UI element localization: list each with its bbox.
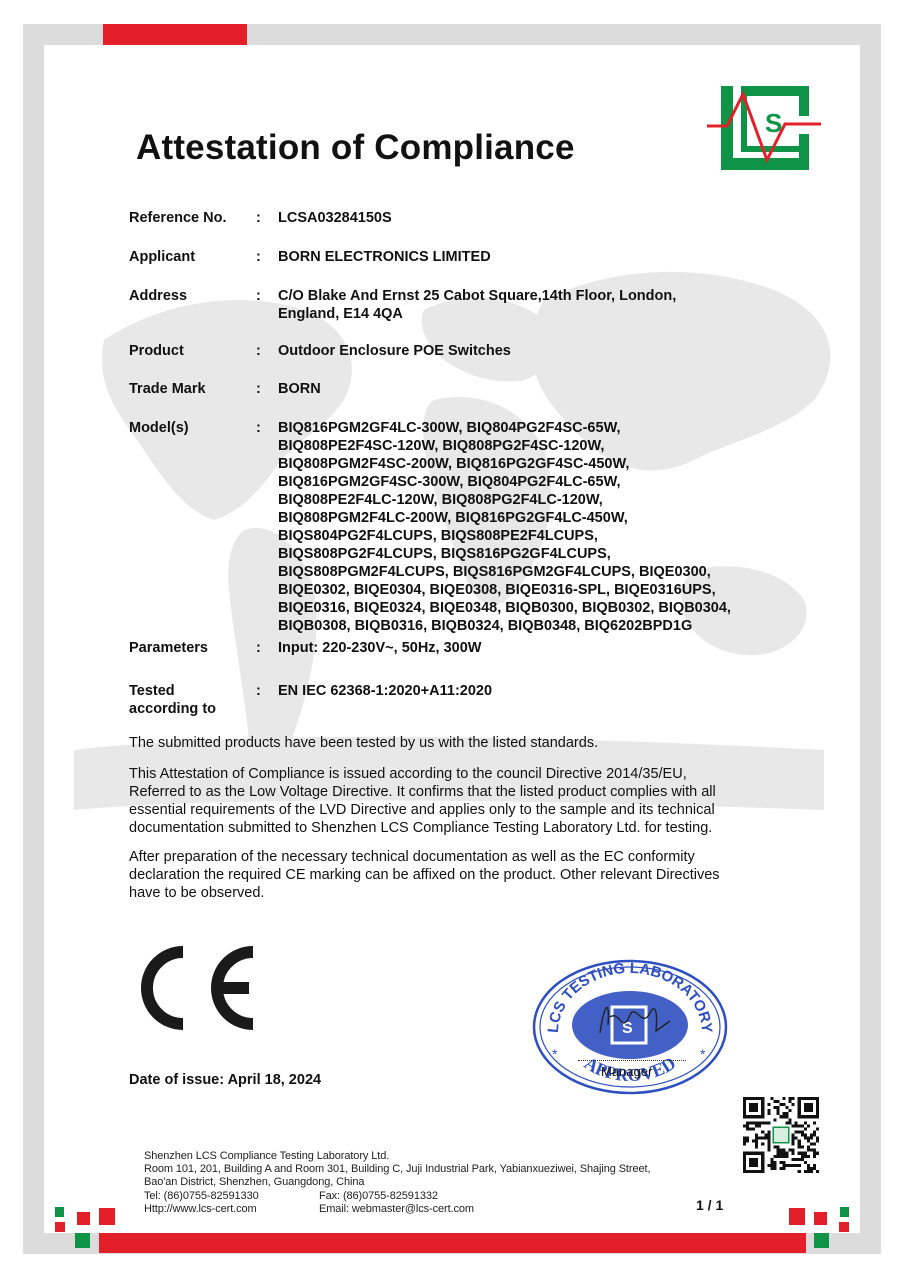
models-list: BIQ816PGM2GF4LC-300W, BIQ804PG2F4SC-65W,… (278, 419, 758, 635)
model-line: BIQB0308, BIQB0316, BIQB0324, BIQB0348, … (278, 617, 758, 635)
field-label: Product (129, 342, 249, 360)
field-separator: : (256, 287, 261, 305)
field-label: Address (129, 287, 249, 305)
paragraph-line: declaration the required CE marking can … (129, 866, 759, 884)
field-label: Reference No. (129, 209, 249, 227)
paragraph-line: documentation submitted to Shenzhen LCS … (129, 819, 759, 837)
date-of-issue: Date of issue: April 18, 2024 (129, 1072, 321, 1088)
decor-square (814, 1212, 827, 1225)
lcs-logo: S (705, 82, 825, 174)
bottom-accent-bar (99, 1233, 806, 1253)
qr-code[interactable] (743, 1097, 819, 1173)
signature-line (578, 1060, 686, 1061)
address-line: C/O Blake And Ernst 25 Cabot Square,14th… (278, 287, 758, 305)
reference-number: LCSA03284150S (278, 209, 758, 227)
field-label-line: according to (129, 700, 249, 718)
footer-contact: Shenzhen LCS Compliance Testing Laborato… (144, 1150, 650, 1216)
model-line: BIQE0302, BIQE0304, BIQE0308, BIQE0316-S… (278, 581, 758, 599)
field-label: Parameters (129, 639, 249, 657)
field-separator: : (256, 639, 261, 657)
decor-square (55, 1222, 65, 1232)
paragraph-line: The submitted products have been tested … (129, 734, 759, 752)
trade-mark-value: BORN (278, 380, 758, 398)
decor-square (55, 1207, 64, 1217)
model-line: BIQ816PGM2GF4LC-300W, BIQ804PG2F4SC-65W, (278, 419, 758, 437)
paragraph-directive: This Attestation of Compliance is issued… (129, 765, 759, 837)
model-line: BIQ808PGM2F4LC-200W, BIQ816PG2GF4LC-450W… (278, 509, 758, 527)
paragraph-ce-marking: After preparation of the necessary techn… (129, 848, 759, 902)
svg-text:*: * (700, 1046, 706, 1062)
decor-square (814, 1233, 829, 1248)
footer-website-link[interactable]: Http://www.lcs-cert.com (144, 1203, 319, 1216)
document-title: Attestation of Compliance (136, 128, 575, 168)
field-separator: : (256, 419, 261, 437)
decor-square (839, 1222, 849, 1232)
field-separator: : (256, 380, 261, 398)
product-name: Outdoor Enclosure POE Switches (278, 342, 758, 360)
signer-title: Manager (601, 1064, 652, 1079)
decor-square (789, 1208, 805, 1225)
parameters-value: Input: 220-230V~, 50Hz, 300W (278, 639, 758, 657)
paragraph-line: essential requirements of the LVD Direct… (129, 801, 759, 819)
footer-address-line: Room 101, 201, Building A and Room 301, … (144, 1163, 650, 1176)
field-label: Tested according to (129, 682, 249, 718)
model-line: BIQ816PGM2GF4SC-300W, BIQ804PG2F4LC-65W, (278, 473, 758, 491)
model-line: BIQE0316, BIQE0324, BIQE0348, BIQB0300, … (278, 599, 758, 617)
model-line: BIQS808PGM2F4LCUPS, BIQS816PGM2GF4LCUPS,… (278, 563, 758, 581)
address-line: England, E14 4QA (278, 305, 758, 323)
footer-phone-row: Tel: (86)0755-82591330Fax: (86)0755-8259… (144, 1190, 650, 1203)
applicant-name: BORN ELECTRONICS LIMITED (278, 248, 758, 266)
footer-email-link[interactable]: Email: webmaster@lcs-cert.com (319, 1203, 474, 1215)
model-line: BIQS804PG2F4LCUPS, BIQS808PE2F4LCUPS, (278, 527, 758, 545)
ce-mark-icon (137, 946, 257, 1030)
model-line: BIQ808PGM2F4SC-200W, BIQ816PG2GF4SC-450W… (278, 455, 758, 473)
paragraph-line: This Attestation of Compliance is issued… (129, 765, 759, 783)
footer-company: Shenzhen LCS Compliance Testing Laborato… (144, 1150, 650, 1163)
paragraph-line: Referred to as the Low Voltage Directive… (129, 783, 759, 801)
footer-address-line: Bao'an District, Shenzhen, Guangdong, Ch… (144, 1176, 650, 1189)
model-line: BIQ808PE2F4SC-120W, BIQ808PG2F4SC-120W, (278, 437, 758, 455)
field-separator: : (256, 342, 261, 360)
page-number: 1 / 1 (696, 1197, 723, 1213)
field-separator: : (256, 682, 261, 700)
address-value: C/O Blake And Ernst 25 Cabot Square,14th… (278, 287, 758, 323)
decor-square (840, 1207, 849, 1217)
paragraph-line: have to be observed. (129, 884, 759, 902)
field-separator: : (256, 209, 261, 227)
footer-web-row: Http://www.lcs-cert.comEmail: webmaster@… (144, 1203, 650, 1216)
model-line: BIQ808PE2F4LC-120W, BIQ808PG2F4LC-120W, (278, 491, 758, 509)
field-separator: : (256, 248, 261, 266)
top-accent-bar (103, 24, 247, 45)
footer-tel: Tel: (86)0755-82591330 (144, 1190, 319, 1203)
model-line: BIQS808PG2F4LCUPS, BIQS816PG2GF4LCUPS, (278, 545, 758, 563)
field-label-line: Tested (129, 682, 249, 700)
field-label: Applicant (129, 248, 249, 266)
decor-square (75, 1233, 90, 1248)
field-label: Trade Mark (129, 380, 249, 398)
decor-square (77, 1212, 90, 1225)
field-label: Model(s) (129, 419, 249, 437)
svg-text:*: * (552, 1046, 558, 1062)
footer-fax: Fax: (86)0755-82591332 (319, 1190, 438, 1202)
paragraph-line: After preparation of the necessary techn… (129, 848, 759, 866)
decor-square (99, 1208, 115, 1225)
standard-value: EN IEC 62368-1:2020+A11:2020 (278, 682, 758, 700)
paragraph-tested: The submitted products have been tested … (129, 734, 759, 752)
